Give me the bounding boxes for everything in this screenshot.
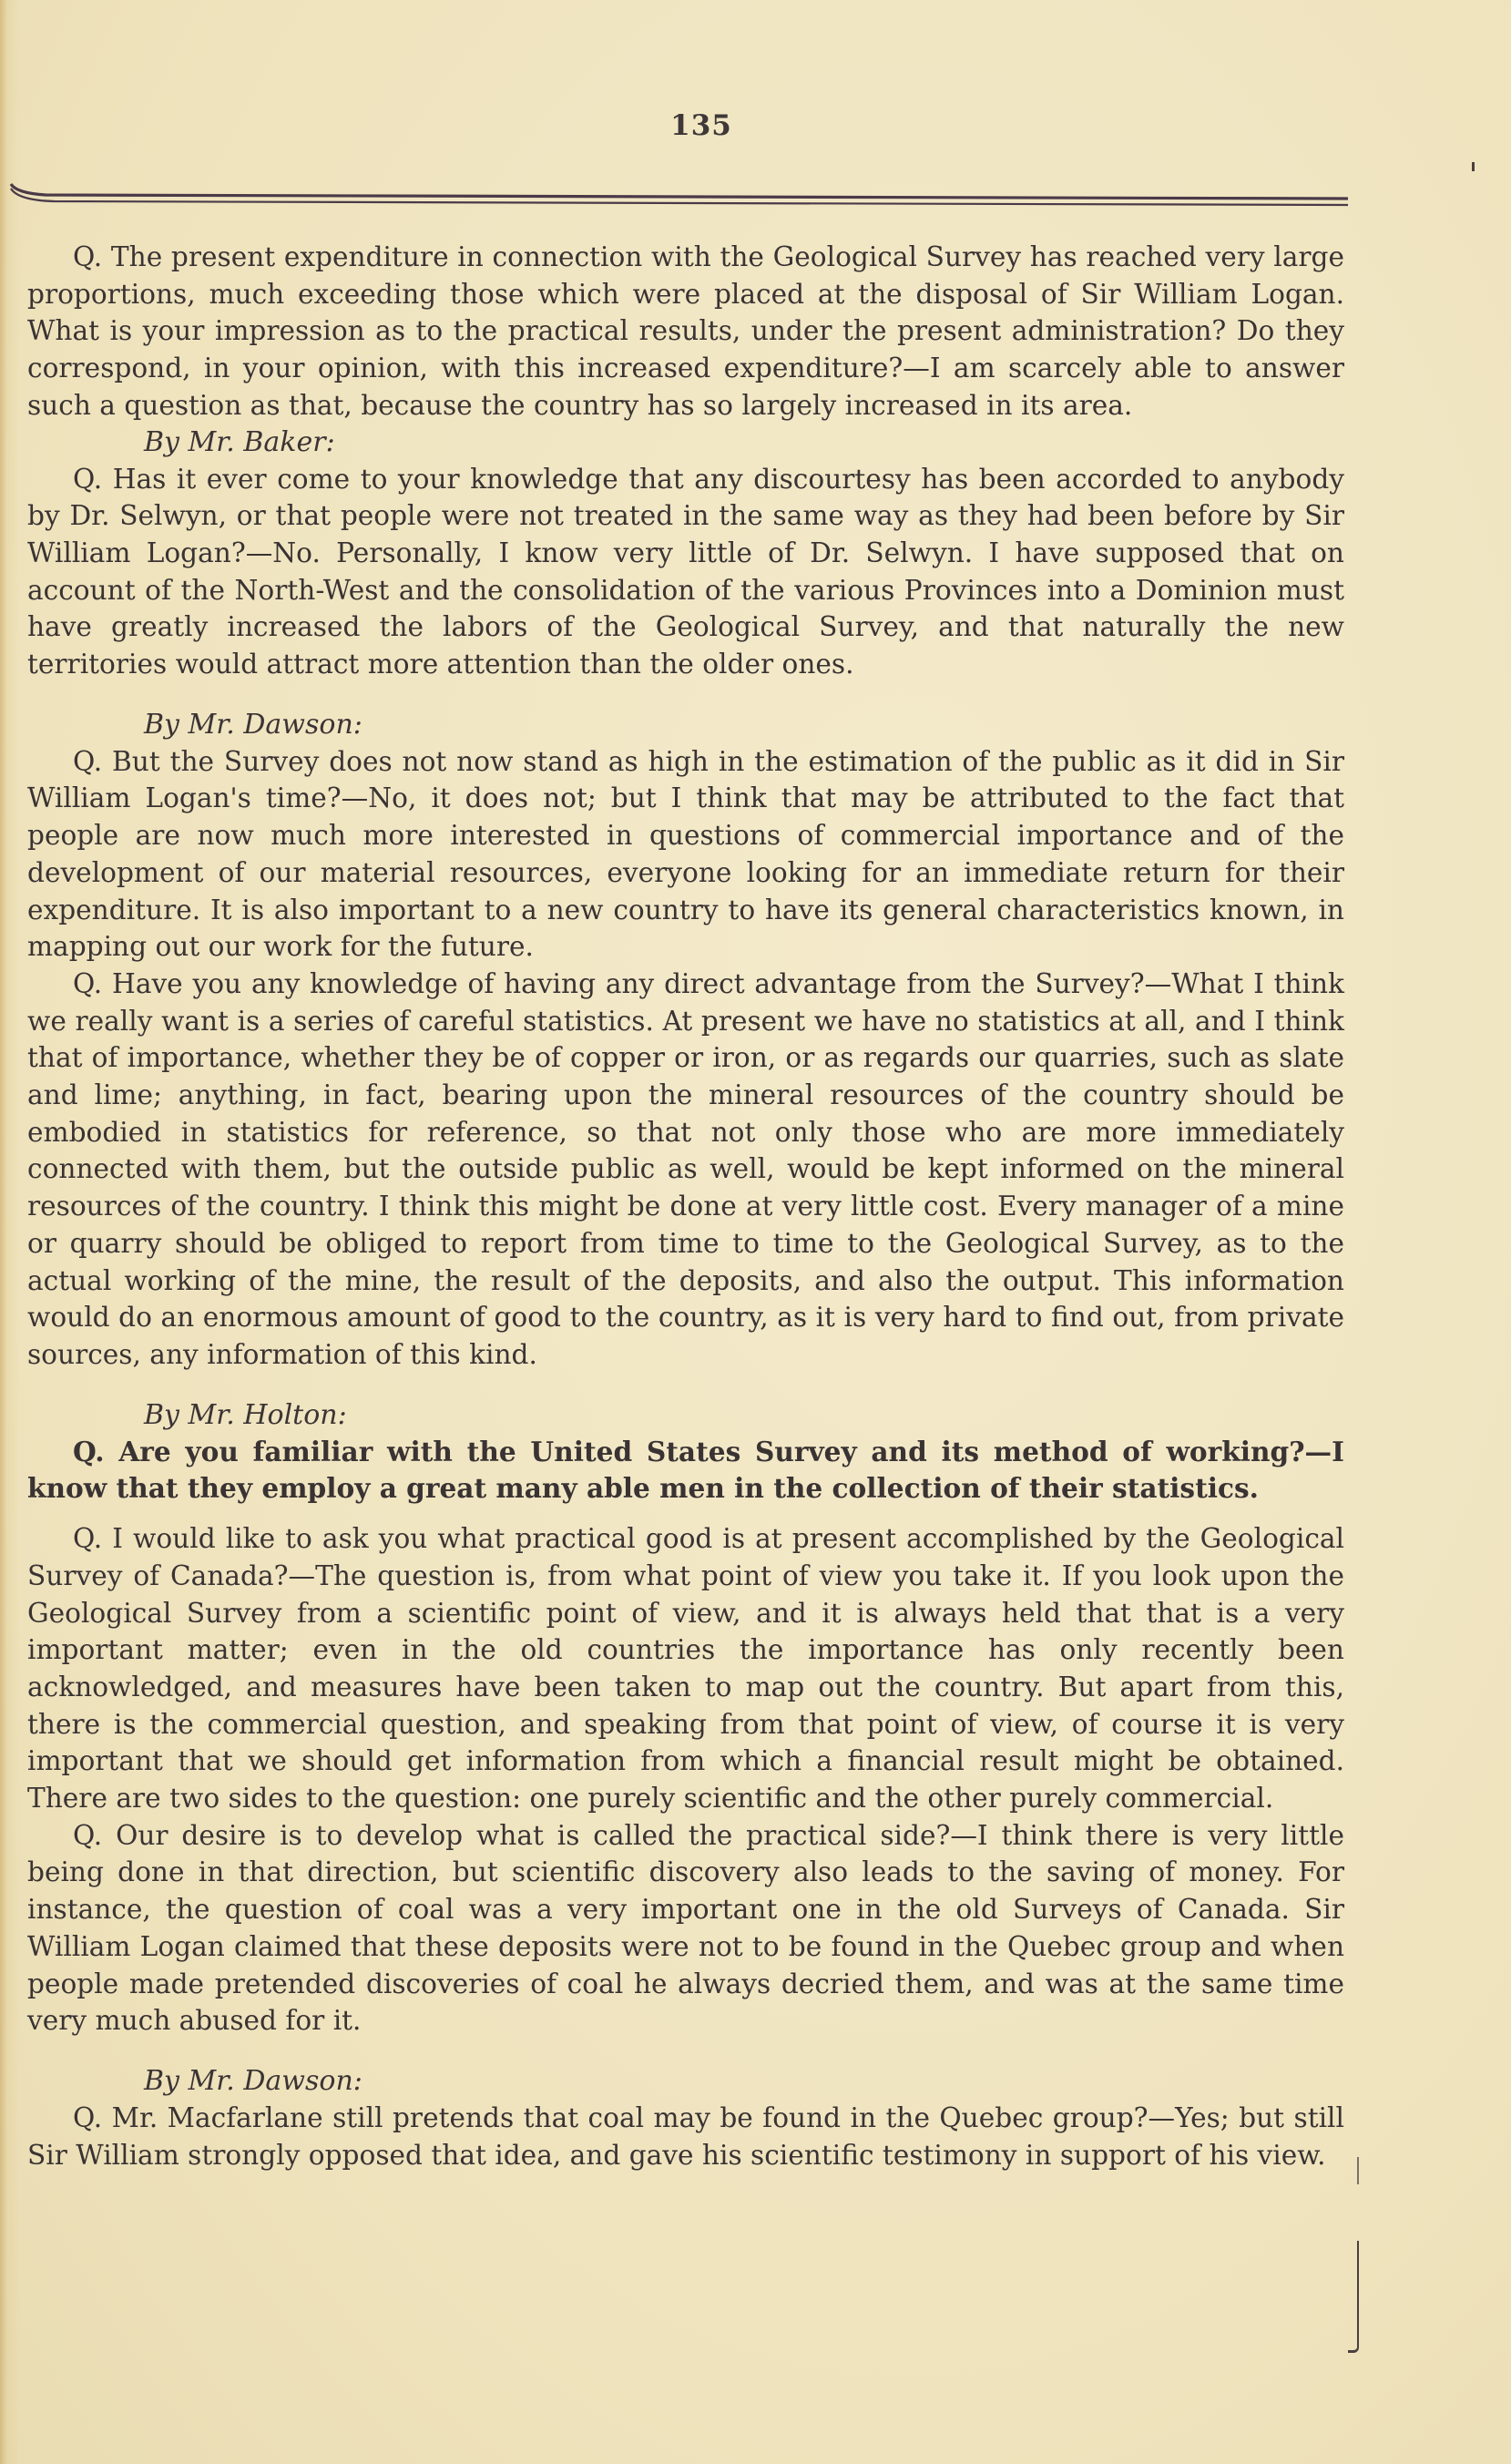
paragraph-direct-advantage-question: Q. Have you any knowledge of having any …	[27, 966, 1344, 1374]
paragraph-public-estimation-question: Q. But the Survey does not now stand as …	[27, 743, 1344, 966]
testimony-body: Q. The present expenditure in connection…	[27, 239, 1344, 2173]
margin-bracket-mark	[1348, 2241, 1359, 2353]
speaker-heading-dawson: By Mr. Dawson:	[27, 707, 1344, 743]
paragraph-expenditure-question: Q. The present expenditure in connection…	[27, 239, 1344, 424]
paragraph-us-survey-question: Q. Are you familiar with the United Stat…	[27, 1434, 1344, 1508]
paragraph-practical-good-question: Q. I would like to ask you what practica…	[27, 1520, 1344, 1817]
page-number: 135	[0, 109, 1403, 142]
margin-tick	[1357, 2157, 1359, 2184]
speaker-heading-holton: By Mr. Holton:	[27, 1397, 1344, 1434]
paragraph-discourtesy-question: Q. Has it ever come to your knowledge th…	[27, 461, 1344, 683]
paragraph-practical-side-question: Q. Our desire is to develop what is call…	[27, 1817, 1344, 2040]
header-double-rule	[9, 182, 1348, 208]
speaker-heading-dawson-2: By Mr. Dawson:	[27, 2063, 1344, 2100]
paragraph-macfarlane-question: Q. Mr. Macfarlane still pretends that co…	[27, 2100, 1344, 2173]
speaker-heading-baker: By Mr. Baker:	[27, 424, 1344, 461]
margin-speck	[1472, 162, 1475, 171]
